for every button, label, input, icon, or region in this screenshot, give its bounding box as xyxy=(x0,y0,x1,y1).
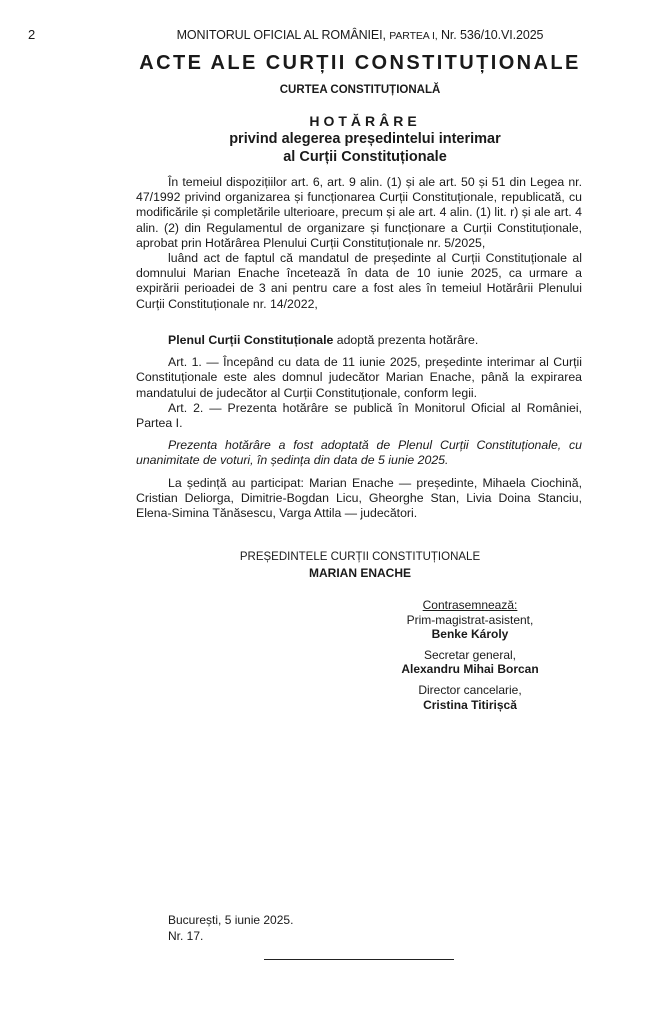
document-kind: HOTĂRÂRE xyxy=(0,113,670,129)
subject-line-2: al Curții Constituționale xyxy=(60,148,670,166)
adoption-clause: Plenul Curții Constituționale adoptă pre… xyxy=(136,333,582,348)
signatory-name: MARIAN ENACHE xyxy=(0,565,670,581)
countersigner-name: Benke Károly xyxy=(370,627,570,642)
end-divider xyxy=(264,959,454,960)
article-1: Art. 1. — Începând cu data de 11 iunie 2… xyxy=(136,355,582,401)
issue-number: Nr. 536/10.VI.2025 xyxy=(441,28,543,42)
footer: București, 5 iunie 2025. Nr. 17. xyxy=(168,912,293,944)
countersigner-name: Cristina Titirișcă xyxy=(370,698,570,713)
signatory-title: PREȘEDINTELE CURȚII CONSTITUȚIONALE xyxy=(0,549,670,565)
preamble: În temeiul dispozițiilor art. 6, art. 9 … xyxy=(136,175,582,312)
adoption-note: Prezenta hotărâre a fost adoptată de Ple… xyxy=(136,438,582,468)
subject-line-1: privind alegerea președintelui interimar xyxy=(60,130,670,148)
running-header: MONITORUL OFICIAL AL ROMÂNIEI, PARTEA I,… xyxy=(0,28,670,42)
signature-block: PREȘEDINTELE CURȚII CONSTITUȚIONALE MARI… xyxy=(0,549,670,581)
adoption-clause-rest: adoptă prezenta hotărâre. xyxy=(333,333,478,347)
adopting-body: Plenul Curții Constituționale xyxy=(168,333,333,347)
publication-part: PARTEA I, xyxy=(389,30,437,42)
decision-body: Plenul Curții Constituționale adoptă pre… xyxy=(136,333,582,521)
decision-number: Nr. 17. xyxy=(168,928,293,944)
countersigner-role: Secretar general, xyxy=(370,648,570,663)
publication-name: MONITORUL OFICIAL AL ROMÂNIEI, xyxy=(177,28,386,42)
document-subject: privind alegerea președintelui interimar… xyxy=(0,130,670,166)
participants-paragraph: La ședință au participat: Marian Enache … xyxy=(136,476,582,522)
article-2: Art. 2. — Prezenta hotărâre se publică î… xyxy=(136,401,582,431)
section-title: ACTE ALE CURȚII CONSTITUȚIONALE xyxy=(0,52,670,75)
place-and-date: București, 5 iunie 2025. xyxy=(168,912,293,928)
countersignature-block: Contrasemnează: Prim-magistrat-asistent,… xyxy=(370,598,570,718)
countersigner-name: Alexandru Mihai Borcan xyxy=(370,662,570,677)
countersigner-role: Director cancelarie, xyxy=(370,683,570,698)
countersigner-role: Prim-magistrat-asistent, xyxy=(370,613,570,628)
considering-paragraph: luând act de faptul că mandatul de preșe… xyxy=(136,251,582,312)
legal-basis-paragraph: În temeiul dispozițiilor art. 6, art. 9 … xyxy=(136,175,582,251)
countersign-label: Contrasemnează: xyxy=(370,598,570,613)
issuer-name: CURTEA CONSTITUȚIONALĂ xyxy=(0,84,670,96)
